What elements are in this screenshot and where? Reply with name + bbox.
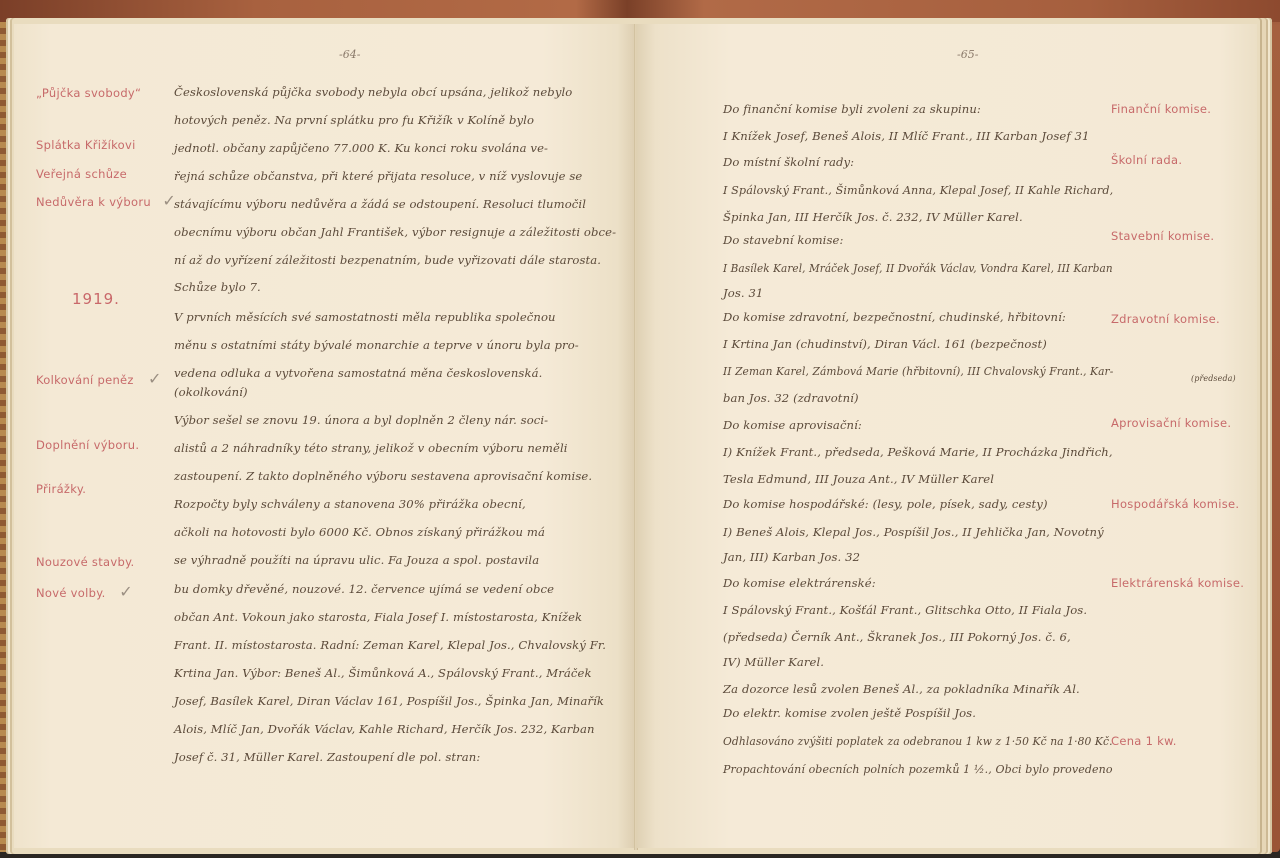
page-number: -64- bbox=[339, 48, 360, 61]
handwritten-line: vedena odluka a vytvořena samostatná měn… bbox=[174, 366, 542, 380]
handwritten-line: Jan, III) Karban Jos. 32 bbox=[723, 550, 860, 564]
handwritten-line: řejná schůze občanstva, při které přijat… bbox=[174, 169, 582, 183]
handwritten-line: I Knížek Josef, Beneš Alois, II Mlíč Fra… bbox=[723, 129, 1090, 143]
handwritten-line: Josef, Basílek Karel, Diran Václav 161, … bbox=[174, 694, 604, 708]
handwritten-line: Rozpočty byly schváleny a stanovena 30% … bbox=[174, 497, 526, 511]
handwritten-line: občan Ant. Vokoun jako starosta, Fiala J… bbox=[174, 610, 582, 624]
margin-note: Přirážky. bbox=[36, 482, 86, 496]
page-number: -65- bbox=[957, 48, 978, 61]
handwritten-line: (okolkování) bbox=[174, 385, 248, 399]
right-page: -65- Do finanční komise byli zvoleni za … bbox=[637, 24, 1257, 848]
handwritten-line: Do komise elektrárenské: bbox=[723, 576, 876, 590]
margin-note: Nové volby. bbox=[36, 586, 106, 600]
handwritten-line: Odhlasováno zvýšiti poplatek za odebrano… bbox=[723, 734, 1113, 748]
margin-note: Školní rada. bbox=[1111, 153, 1182, 167]
handwritten-line: I) Knížek Frant., předseda, Pešková Mari… bbox=[723, 445, 1113, 459]
checkmark-icon: ✓ bbox=[119, 582, 132, 601]
handwritten-line: měnu s ostatními státy bývalé monarchie … bbox=[174, 338, 579, 352]
handwritten-line: Jos. 31 bbox=[723, 286, 763, 300]
handwritten-line: I) Beneš Alois, Klepal Jos., Pospíšil Jo… bbox=[723, 525, 1104, 539]
margin-note: Aprovisační komise. bbox=[1111, 416, 1231, 430]
handwritten-line: Do místní školní rady: bbox=[723, 155, 854, 169]
margin-note: Nedůvěra k výboru bbox=[36, 195, 151, 209]
margin-note: Finanční komise. bbox=[1111, 102, 1211, 116]
handwritten-line: Do komise hospodářské: (lesy, pole, píse… bbox=[723, 497, 1048, 511]
handwritten-line: hotových peněz. Na první splátku pro fu … bbox=[174, 113, 534, 127]
handwritten-line: Do komise zdravotní, bezpečnostní, chudi… bbox=[723, 310, 1066, 324]
handwritten-line: se výhradně použíti na úpravu ulic. Fa J… bbox=[174, 553, 539, 567]
handwritten-line: Výbor sešel se znovu 19. února a byl dop… bbox=[174, 413, 548, 427]
margin-note: Doplnění výboru. bbox=[36, 438, 139, 452]
handwritten-line: Československá půjčka svobody nebyla obc… bbox=[174, 85, 572, 99]
handwritten-line: Krtina Jan. Výbor: Beneš Al., Šimůnková … bbox=[174, 666, 592, 680]
handwritten-line: ačkoli na hotovosti bylo 6000 Kč. Obnos … bbox=[174, 525, 545, 539]
handwritten-line: Frant. II. místostarosta. Radní: Zeman K… bbox=[174, 638, 606, 652]
margin-note: Hospodářská komise. bbox=[1111, 497, 1239, 511]
handwritten-line: Schůze bylo 7. bbox=[174, 280, 261, 294]
handwritten-line: Propachtování obecních polních pozemků 1… bbox=[723, 762, 1113, 776]
handwritten-line: Do elektr. komise zvolen ještě Pospíšil … bbox=[723, 706, 976, 720]
handwritten-line: Alois, Mlíč Jan, Dvořák Václav, Kahle Ri… bbox=[174, 722, 595, 736]
handwritten-line: (předseda) bbox=[1191, 374, 1236, 383]
left-page: -64- „Půjčka svobody“Splátka KřižíkoviVe… bbox=[14, 24, 636, 848]
handwritten-line: I Krtina Jan (chudinství), Diran Václ. 1… bbox=[723, 337, 1047, 351]
margin-note: „Půjčka svobody“ bbox=[36, 86, 141, 100]
margin-note: Stavební komise. bbox=[1111, 229, 1214, 243]
handwritten-line: V prvních měsících své samostatnosti měl… bbox=[174, 310, 556, 324]
handwritten-line: ban Jos. 32 (zdravotní) bbox=[723, 391, 859, 405]
handwritten-line: Do finanční komise byli zvoleni za skupi… bbox=[723, 102, 981, 116]
handwritten-line: IV) Müller Karel. bbox=[723, 655, 824, 669]
handwritten-line: bu domky dřevěné, nouzové. 12. července … bbox=[174, 582, 554, 596]
handwritten-line: alistů a 2 náhradníky této strany, jelik… bbox=[174, 441, 568, 455]
handwritten-line: stávajícímu výboru nedůvěra a žádá se od… bbox=[174, 197, 586, 211]
handwritten-line: obecnímu výboru občan Jahl František, vý… bbox=[174, 225, 616, 239]
margin-note: Zdravotní komise. bbox=[1111, 312, 1220, 326]
handwritten-line: II Zeman Karel, Zámbová Marie (hřbitovní… bbox=[723, 364, 1113, 378]
year-note: 1919. bbox=[72, 290, 120, 308]
handwritten-line: Do stavební komise: bbox=[723, 233, 844, 247]
handwritten-line: I Spálovský Frant., Šimůnková Anna, Klep… bbox=[723, 183, 1113, 197]
handwritten-line: zastoupení. Z takto doplněného výboru se… bbox=[174, 469, 592, 483]
handwritten-line: ní až do vyřízení záležitosti bezpenatní… bbox=[174, 253, 601, 267]
handwritten-line: Josef č. 31, Müller Karel. Zastoupení dl… bbox=[174, 750, 480, 764]
margin-note: Cena 1 kw. bbox=[1111, 734, 1177, 748]
handwritten-line: (předseda) Černík Ant., Škranek Jos., II… bbox=[723, 630, 1071, 644]
handwritten-line: Špinka Jan, III Herčík Jos. č. 232, IV M… bbox=[723, 210, 1023, 224]
margin-note: Nouzové stavby. bbox=[36, 555, 135, 569]
handwritten-line: Za dozorce lesů zvolen Beneš Al., za pok… bbox=[723, 682, 1080, 696]
handwritten-line: I Spálovský Frant., Košťál Frant., Glits… bbox=[723, 603, 1087, 617]
margin-note: Splátka Křižíkovi bbox=[36, 138, 136, 152]
handwritten-line: Tesla Edmund, III Jouza Ant., IV Müller … bbox=[723, 472, 994, 486]
handwritten-line: I Basílek Karel, Mráček Josef, II Dvořák… bbox=[723, 261, 1113, 275]
margin-note: Kolkování peněz bbox=[36, 373, 134, 387]
checkmark-icon: ✓ bbox=[148, 369, 161, 388]
margin-note: Elektrárenská komise. bbox=[1111, 576, 1244, 590]
handwritten-line: Do komise aprovisační: bbox=[723, 418, 862, 432]
margin-note: Veřejná schůze bbox=[36, 167, 127, 181]
handwritten-line: jednotl. občany zapůjčeno 77.000 K. Ku k… bbox=[174, 141, 548, 155]
